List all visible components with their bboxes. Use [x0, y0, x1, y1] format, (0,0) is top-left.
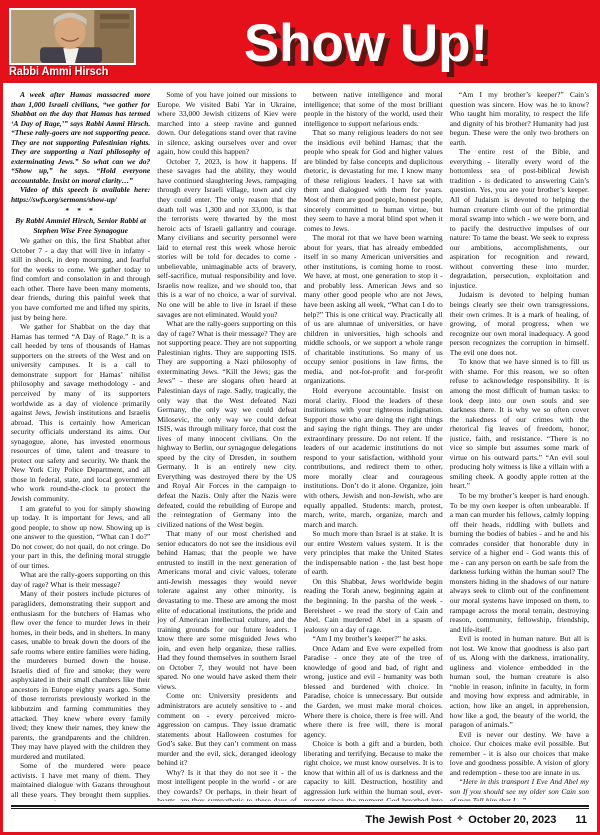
page-title: Show Up! — [143, 3, 589, 83]
byline: By Rabbi Ammiel Hirsch, Senior Rabbi at … — [11, 216, 150, 235]
body-paragraph: We gather on this, the first Shabbat aft… — [11, 236, 150, 322]
body-paragraph: Evil is never our destiny. We have a cho… — [450, 730, 589, 778]
body-paragraph: “Am I my brother’s keeper?” he asks. — [304, 634, 443, 644]
page-number: 11 — [575, 814, 587, 826]
body-paragraph: Choice is both a gift and a burden, both… — [304, 739, 443, 801]
article-column-3: between native intelligence and moral in… — [304, 90, 443, 801]
body-paragraph: Come on: University presidents and admin… — [157, 691, 296, 767]
body-paragraph: Once Adam and Eve were expelled from Par… — [304, 644, 443, 739]
issue-date: October 20, 2023 — [468, 814, 556, 826]
body-paragraph: That so many religious leaders do not se… — [304, 128, 443, 233]
body-paragraph: “Am I my brother’s keeper?” Cain’s quest… — [450, 90, 589, 147]
body-paragraph: The moral rot that we have been warning … — [304, 233, 443, 386]
body-paragraph: Judaism is devoted to helping human bein… — [450, 290, 589, 357]
article-body: A week after Hamas massacred more than 1… — [3, 83, 597, 803]
body-paragraph: Evil is rooted in human nature. But all … — [450, 634, 589, 729]
body-paragraph: October 7, 2023, is how it happens. If t… — [157, 157, 296, 319]
article-column-2: Some of you have joined our missions to … — [157, 90, 296, 801]
poem-quote: “Here in this transport I Eve And Abel m… — [450, 777, 589, 801]
body-paragraph: So much more than Israel is at stake. It… — [304, 529, 443, 577]
diamond-icon: ✧ — [457, 814, 464, 823]
article-column-4: “Am I my brother’s keeper?” Cain’s quest… — [450, 90, 589, 801]
body-paragraph: Why? Is it that they do not see it - the… — [157, 768, 296, 801]
newspaper-page: Rabbi Ammi Hirsch Show Up! A week after … — [0, 0, 600, 835]
body-paragraph: Hold everyone accountable. Insist on mor… — [304, 386, 443, 529]
lede-paragraph: A week after Hamas massacred more than 1… — [11, 90, 150, 185]
body-paragraph: We gather for Shabbat on the day that Ha… — [11, 322, 150, 503]
section-break-stars: * * * — [11, 206, 150, 216]
publication-name: The Jewish Post — [365, 814, 451, 826]
body-paragraph: The entire rest of the Bible, and everyt… — [450, 147, 589, 290]
video-link-line: Video of this speech is available here: … — [11, 185, 150, 204]
portrait-placeholder-graphic — [11, 10, 134, 63]
body-paragraph: Many of their posters include pictures o… — [11, 589, 150, 761]
body-paragraph: What are the rally-goers supporting on t… — [11, 570, 150, 589]
body-paragraph: What are the rally-goers supporting on t… — [157, 319, 296, 529]
body-paragraph: I am grateful to you for simply showing … — [11, 504, 150, 571]
body-paragraph: Some of you have joined our missions to … — [157, 90, 296, 157]
body-paragraph: To be my brother’s keeper is hard enough… — [450, 491, 589, 634]
article-column-1: A week after Hamas massacred more than 1… — [11, 90, 150, 801]
rabbi-photo — [9, 8, 136, 65]
photo-caption: Rabbi Ammi Hirsch — [9, 66, 141, 78]
body-paragraph: That many of our most cherished and seni… — [157, 529, 296, 691]
body-paragraph: On this Shabbat, Jews worldwide begin re… — [304, 577, 443, 634]
body-paragraph: between native intelligence and moral in… — [304, 90, 443, 128]
body-paragraph: Some of the murdered were peace activist… — [11, 761, 150, 801]
footer: The Jewish Post ✧ October 20, 2023 11 — [3, 809, 597, 832]
header-banner: Rabbi Ammi Hirsch Show Up! — [3, 3, 597, 83]
body-paragraph: To know that we have sinned is to fill u… — [450, 357, 589, 491]
